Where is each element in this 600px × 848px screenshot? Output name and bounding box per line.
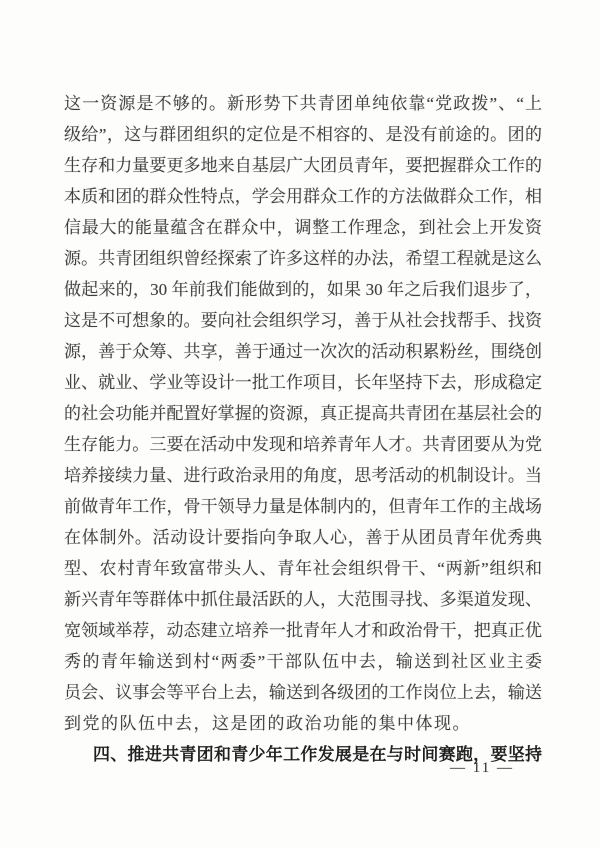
body-line: 生存能力。三要在活动中发现和培养青年人才。共青团要从为党 [64, 429, 542, 460]
body-line: 到党的队伍中去，这是团的政治功能的集中体现。 [64, 708, 542, 739]
body-line: 新兴青年等群体中抓住最活跃的人，大范围寻找、多渠道发现、 [64, 584, 542, 615]
body-line: 级给”，这与群团组织的定位是不相容的、是没有前途的。团的 [64, 119, 542, 150]
body-line: 本质和团的群众性特点，学会用群众工作的方法做群众工作，相 [64, 181, 542, 212]
body-line: 宽领域举荐，动态建立培养一批青年人才和政治骨干，把真正优 [64, 615, 542, 646]
body-line: 前做青年工作，骨干领导力量是体制内的，但青年工作的主战场 [64, 491, 542, 522]
body-line: 秀的青年输送到村“两委”干部队伍中去，输送到社区业主委 [64, 646, 542, 677]
body-line: 这是不可想象的。要向社会组织学习，善于从社会找帮手、找资 [64, 305, 542, 336]
body-line: 业、就业、学业等设计一批工作项目，长年坚持下去，形成稳定 [64, 367, 542, 398]
body-line: 培养接续力量、进行政治录用的角度，思考活动的机制设计。当 [64, 460, 542, 491]
body-line: 信最大的能量蕴含在群众中，调整工作理念，到社会上开发资 [64, 212, 542, 243]
page-number: — 11 — [450, 758, 514, 778]
body-line: 做起来的，30 年前我们能做到的，如果 30 年之后我们退步了， [64, 274, 542, 305]
body-line: 源，善于众筹、共享，善于通过一次次的活动积累粉丝，围绕创 [64, 336, 542, 367]
body-line: 型、农村青年致富带头人、青年社会组织骨干、“两新”组织和 [64, 553, 542, 584]
body-line: 生存和力量要更多地来自基层广大团员青年，要把握群众工作的 [64, 150, 542, 181]
body-line: 员会、议事会等平台上去，输送到各级团的工作岗位上去，输送 [64, 677, 542, 708]
body-line: 这一资源是不够的。新形势下共青团单纯依靠“党政拨”、“上 [64, 88, 542, 119]
body-text: 这一资源是不够的。新形势下共青团单纯依靠“党政拨”、“上 级给”，这与群团组织的… [64, 88, 542, 770]
body-line: 源。共青团组织曾经探索了许多这样的办法，希望工程就是这么 [64, 243, 542, 274]
body-line: 在体制外。活动设计要指向争取人心，善于从团员青年优秀典 [64, 522, 542, 553]
body-line: 的社会功能并配置好掌握的资源，真正提高共青团在基层社会的 [64, 398, 542, 429]
document-page: 这一资源是不够的。新形势下共青团单纯依靠“党政拨”、“上 级给”，这与群团组织的… [0, 0, 600, 848]
